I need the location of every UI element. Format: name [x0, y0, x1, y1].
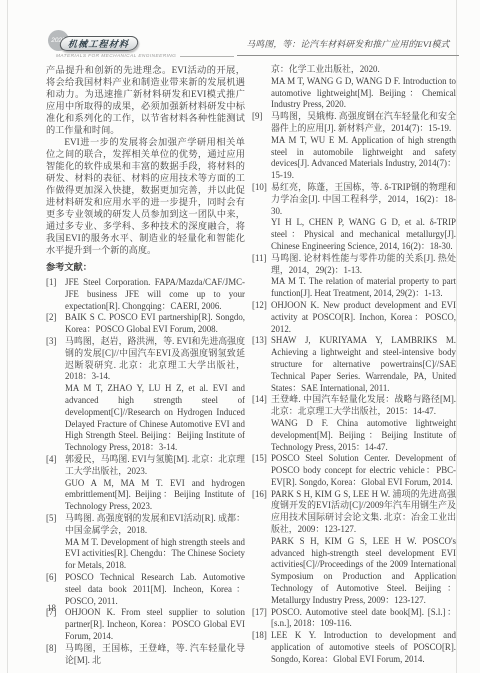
reference-number: [8] — [46, 643, 56, 655]
reference-text: LEE K Y. Introduction to development and… — [271, 630, 456, 665]
reference-item: [7] OHJOON K. From steel supplier to sol… — [46, 607, 245, 642]
reference-item: [5] 马鸣图. 高强度钢的发展和EVI活动[R]. 成都：中国金属学会，201… — [46, 513, 245, 572]
reference-text: 马鸣图，王国栋，王登峰，等. 汽车轻量化导论[M]. 北 — [65, 643, 245, 667]
reference-text: JFE Steel Corporation. FAPA/Mazda/CAF/JM… — [65, 277, 245, 312]
reference-item: [12] OHJOON K. New product development a… — [252, 300, 456, 335]
left-column: 产品提升和创新的先进理念。EVI活动的开展，将会给我国材料产业和制造业带来新的发… — [46, 64, 245, 666]
reference-number: [18] — [252, 630, 267, 642]
reference-segment: LEE K Y. Introduction to development and… — [271, 630, 456, 665]
reference-item: [13] SHAW J, KURIYAMA Y, LAMBRIKS M. Ach… — [252, 335, 456, 394]
reference-text: 京：化学工业出版社，2020.MA M T, WANG G D, WANG D … — [271, 64, 456, 111]
reference-item: [3] 马鸣图，赵岩，路洪洲，等. EVI和先进高强度钢的发展[C]//中国汽车… — [46, 336, 245, 454]
reference-item: [8] 马鸣图，王国栋，王登峰，等. 汽车轻量化导论[M]. 北 — [46, 643, 245, 667]
reference-segment: MA M T, ZHAO Y, LU H Z, et al. EVI and a… — [65, 383, 245, 454]
reference-text: OHJOON K. From steel supplier to solutio… — [65, 607, 245, 642]
reference-number: [14] — [252, 394, 267, 406]
reference-number: [15] — [252, 453, 267, 465]
reference-number: [5] — [46, 513, 56, 525]
reference-text: 易红亮，陈蓬，王国栋，等. δ-TRIP钢的物理和力学冶金[J]. 中国工程科学… — [271, 182, 456, 253]
journal-name-banner: 机械工程材料 — [58, 36, 139, 51]
reference-text: POSCO Steel Solution Center. Development… — [271, 453, 456, 488]
reference-item: [2] BAIK S C. POSCO EVI partnership[R]. … — [46, 312, 245, 336]
reference-segment: OHJOON K. New product development and EV… — [271, 300, 456, 335]
reference-item: [10] 易红亮，陈蓬，王国栋，等. δ-TRIP钢的物理和力学冶金[J]. 中… — [252, 182, 456, 253]
reference-text: 王登峰. 中国汽车轻量化发展：战略与路径[M]. 北京：北京理工大学出版社，20… — [271, 394, 456, 453]
reference-item: [9] 马鸣图，吴娥梅. 高强度钢在汽车轻量化和安全器件上的应用[J]. 新材料… — [252, 111, 456, 182]
reference-number: [12] — [252, 300, 267, 312]
reference-segment: BAIK S C. POSCO EVI partnership[R]. Song… — [65, 312, 245, 336]
reference-text: 郭爱民，马鸣图. EVI与氢脆[M]. 北京：北京理工大学出版社，2023.GU… — [65, 454, 245, 513]
reference-number: [16] — [252, 489, 267, 501]
reference-item: [17] POSCO. Automotive steel date book[M… — [252, 607, 456, 631]
references-list-right: 京：化学工业出版社，2020.MA M T, WANG G D, WANG D … — [252, 64, 456, 666]
reference-text: OHJOON K. New product development and EV… — [271, 300, 456, 335]
reference-segment: 郭爱民，马鸣图. EVI与氢脆[M]. 北京：北京理工大学出版社，2023. — [65, 454, 245, 478]
page-header: 2025 机械工程材料 MATERIALS FOR MECHANICAL ENG… — [46, 30, 459, 60]
reference-segment: POSCO Steel Solution Center. Development… — [271, 453, 456, 488]
reference-item: [18] LEE K Y. Introduction to developmen… — [252, 630, 456, 665]
reference-text: SHAW J, KURIYAMA Y, LAMBRIKS M. Achievin… — [271, 335, 456, 394]
reference-segment: SHAW J, KURIYAMA Y, LAMBRIKS M. Achievin… — [271, 335, 456, 394]
reference-text: PARK S H, KIM G S, LEE H W. 浦项的先进高强度钢开发的… — [271, 489, 456, 607]
reference-text: BAIK S C. POSCO EVI partnership[R]. Song… — [65, 312, 245, 336]
reference-item: 京：化学工业出版社，2020.MA M T, WANG G D, WANG D … — [252, 64, 456, 111]
reference-number: [4] — [46, 454, 56, 466]
reference-text: 马鸣图，吴娥梅. 高强度钢在汽车轻量化和安全器件上的应用[J]. 新材料产业，2… — [271, 111, 456, 182]
reference-item: [1] JFE Steel Corporation. FAPA/Mazda/CA… — [46, 277, 245, 312]
references-list-left: [1] JFE Steel Corporation. FAPA/Mazda/CA… — [46, 277, 245, 666]
reference-segment: GUO A M, MA M T. EVI and hydrogen embrit… — [65, 478, 245, 513]
reference-item: [15] POSCO Steel Solution Center. Develo… — [252, 453, 456, 488]
reference-segment: MA M T, WU E M. Application of high stre… — [271, 135, 456, 182]
reference-segment: 马鸣图，赵岩，路洪洲，等. EVI和先进高强度钢的发展[C]//中国汽车EVI及… — [65, 336, 245, 383]
reference-number: [13] — [252, 335, 267, 347]
journal-name-cn: 机械工程材料 — [68, 37, 130, 50]
running-title: 马鸣图，等：论汽车材料研发和推广应用的EVI模式 — [237, 37, 459, 56]
reference-item: [16] PARK S H, KIM G S, LEE H W. 浦项的先进高强… — [252, 489, 456, 607]
reference-segment: POSCO Technical Research Lab. Automotive… — [65, 572, 245, 607]
reference-segment: PARK S H, KIM G S, LEE H W. POSCO's adva… — [271, 536, 456, 607]
reference-segment: 马鸣图. 高强度钢的发展和EVI活动[R]. 成都：中国金属学会，2018. — [65, 513, 245, 537]
journal-name-en: MATERIALS FOR MECHANICAL ENGINEERING — [56, 54, 176, 59]
reference-segment: OHJOON K. From steel supplier to solutio… — [65, 607, 245, 642]
reference-segment: WANG D F. China automotive lightweight d… — [271, 418, 456, 453]
body-paragraph: EVI进一步的发展将会加强产学研用相关单位之间的联合，发挥相关单位的优势，通过应… — [46, 136, 245, 256]
right-column: 京：化学工业出版社，2020.MA M T, WANG G D, WANG D … — [252, 64, 456, 666]
journal-name-en-row: MATERIALS FOR MECHANICAL ENGINEERING — [56, 54, 234, 59]
reference-segment: MA M T. The relation of material propert… — [271, 276, 456, 300]
journal-page: 2025 机械工程材料 MATERIALS FOR MECHANICAL ENG… — [0, 0, 480, 673]
reference-segment: POSCO. Automotive steel date book[M]. [S… — [271, 607, 456, 631]
reference-item: [4] 郭爱民，马鸣图. EVI与氢脆[M]. 北京：北京理工大学出版社，202… — [46, 454, 245, 513]
references-heading: 参考文献： — [46, 261, 245, 273]
right-margin-line — [456, 0, 457, 673]
reference-number: [1] — [46, 277, 56, 289]
reference-item: [14] 王登峰. 中国汽车轻量化发展：战略与路径[M]. 北京：北京理工大学出… — [252, 394, 456, 453]
reference-item: [11] 马鸣图. 论材料性能与零件功能的关系[J]. 热处理，2014，29(… — [252, 253, 456, 300]
reference-text: 马鸣图，赵岩，路洪洲，等. EVI和先进高强度钢的发展[C]//中国汽车EVI及… — [65, 336, 245, 454]
reference-segment: PARK S H, KIM G S, LEE H W. 浦项的先进高强度钢开发的… — [271, 489, 456, 536]
reference-segment: JFE Steel Corporation. FAPA/Mazda/CAF/JM… — [65, 277, 245, 312]
reference-number: [6] — [46, 572, 56, 584]
reference-number: [10] — [252, 182, 267, 194]
reference-segment: MA M T, WANG G D, WANG D F. Introduction… — [271, 76, 456, 111]
reference-segment: MA M T. Development of high strength ste… — [65, 537, 245, 572]
reference-text: POSCO Technical Research Lab. Automotive… — [65, 572, 245, 607]
reference-segment: 易红亮，陈蓬，王国栋，等. δ-TRIP钢的物理和力学冶金[J]. 中国工程科学… — [271, 182, 456, 217]
reference-text: 马鸣图. 论材料性能与零件功能的关系[J]. 热处理，2014，29(2)：1-… — [271, 253, 456, 300]
page-number: 18 — [47, 603, 56, 613]
text-columns: 产品提升和创新的先进理念。EVI活动的开展，将会给我国材料产业和制造业带来新的发… — [46, 64, 456, 666]
reference-segment: 马鸣图，吴娥梅. 高强度钢在汽车轻量化和安全器件上的应用[J]. 新材料产业，2… — [271, 111, 456, 135]
reference-segment: 马鸣图. 论材料性能与零件功能的关系[J]. 热处理，2014，29(2)：1-… — [271, 253, 456, 277]
reference-item: [6] POSCO Technical Research Lab. Automo… — [46, 572, 245, 607]
reference-number: [3] — [46, 336, 56, 348]
reference-segment: YI H L, CHEN P, WANG G D, et al. δ-TRIP … — [271, 217, 456, 252]
reference-number: [9] — [252, 111, 262, 123]
reference-number: [17] — [252, 607, 267, 619]
reference-number: [11] — [252, 253, 266, 265]
reference-segment: 京：化学工业出版社，2020. — [271, 64, 456, 76]
journal-logo: 2025 机械工程材料 MATERIALS FOR MECHANICAL ENG… — [46, 30, 236, 60]
body-paragraph: 产品提升和创新的先进理念。EVI活动的开展，将会给我国材料产业和制造业带来新的发… — [46, 64, 245, 136]
left-margin-line — [7, 0, 8, 673]
reference-number: [2] — [46, 312, 56, 324]
reference-text: 马鸣图. 高强度钢的发展和EVI活动[R]. 成都：中国金属学会，2018.MA… — [65, 513, 245, 572]
header-left-rule — [180, 56, 234, 57]
reference-segment: 王登峰. 中国汽车轻量化发展：战略与路径[M]. 北京：北京理工大学出版社，20… — [271, 394, 456, 418]
reference-segment: 马鸣图，王国栋，王登峰，等. 汽车轻量化导论[M]. 北 — [65, 643, 245, 667]
reference-text: POSCO. Automotive steel date book[M]. [S… — [271, 607, 456, 631]
